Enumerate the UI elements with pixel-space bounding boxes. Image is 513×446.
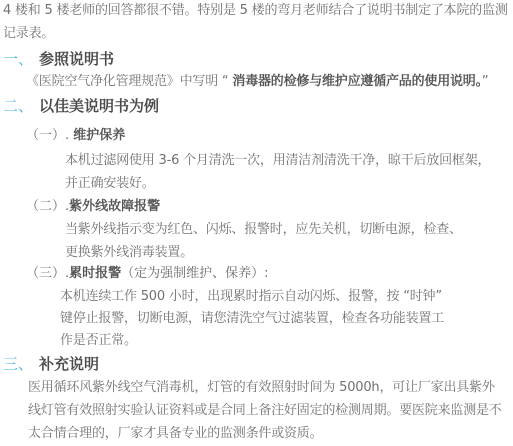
subsection-1-line-2: 并正确安装好。 xyxy=(65,175,155,193)
intro-line-2: 记录表。 xyxy=(3,25,54,43)
section-1-body-prefix: 《医院空气净化管理规范》中写明 “ xyxy=(26,74,232,89)
section-1-body-quote: 消毒器的检修与维护应遵循产品的使用说明。 xyxy=(232,74,482,89)
subsection-3-note: （定为强制维护、保养）: xyxy=(121,266,268,281)
subsection-1-heading: （一）. 维护保养 xyxy=(26,127,125,145)
subsection-2-heading: （二）.紫外线故障报警 xyxy=(26,198,160,216)
section-2-number: 二、 xyxy=(3,97,33,115)
forum-post-body: 4 楼和 5 楼老师的回答都很不错。特别是 5 楼的弯月老师结合了说明书制定了本… xyxy=(0,0,513,446)
section-1-body-suffix: ” xyxy=(482,74,489,89)
section-1-number: 一、 xyxy=(3,50,33,68)
subsection-2-line-1: 当紫外线指示变为红色、闪烁、报警时，应先关机，切断电源，检查、 xyxy=(65,221,462,239)
section-2-title: 以佳美说明书为例 xyxy=(39,97,159,115)
section-1-title: 参照说明书 xyxy=(39,50,114,68)
section-3-line-1: 医用循环风紫外线空气消毒机，灯管的有效照射时间为 5000h，可让厂家出具紫外 xyxy=(28,379,495,397)
section-3-line-3: 太合情合理的，厂家才具备专业的监测条件或资质。 xyxy=(28,425,322,443)
subsection-1-number: （一）. xyxy=(26,128,73,143)
subsection-3-number: （三）. xyxy=(26,266,69,281)
section-2-heading: 二、以佳美说明书为例 xyxy=(3,97,159,115)
subsection-3-line-3: 作是否正常。 xyxy=(60,332,137,350)
subsection-1-line-1: 本机过滤网使用 3-6 个月清洗一次，用清洁剂清洗干净，晾干后放回框架， xyxy=(65,152,490,170)
subsection-2-title: 紫外线故障报警 xyxy=(69,199,160,214)
subsection-3-line-2: 键停止报警，切断电源，请您清洗空气过滤装置，检查各功能装置工 xyxy=(60,310,444,328)
section-3-number: 三、 xyxy=(3,355,33,373)
subsection-3-line-1: 本机连续工作 500 小时，出现累时指示自动闪烁、报警，按 “时钟” xyxy=(60,288,442,306)
section-1-heading: 一、参照说明书 xyxy=(3,50,114,68)
subsection-3-heading: （三）.累时报警（定为强制维护、保养）: xyxy=(26,265,269,283)
subsection-2-line-2: 更换紫外线消毒装置。 xyxy=(65,244,193,262)
section-3-heading: 三、补充说明 xyxy=(3,355,99,373)
subsection-3-title: 累时报警 xyxy=(69,266,121,281)
subsection-2-number: （二）. xyxy=(26,199,69,214)
section-3-title: 补充说明 xyxy=(39,355,99,373)
subsection-1-title: 维护保养 xyxy=(73,128,125,143)
section-1-body: 《医院空气净化管理规范》中写明 “ 消毒器的检修与维护应遵循产品的使用说明。” xyxy=(26,73,488,91)
intro-line-1: 4 楼和 5 楼老师的回答都很不错。特别是 5 楼的弯月老师结合了说明书制定了本… xyxy=(3,2,508,20)
section-3-line-2: 线灯管有效照射实验认证资料或是合同上备注好固定的检测周期。要医院来监测是不 xyxy=(28,402,502,420)
